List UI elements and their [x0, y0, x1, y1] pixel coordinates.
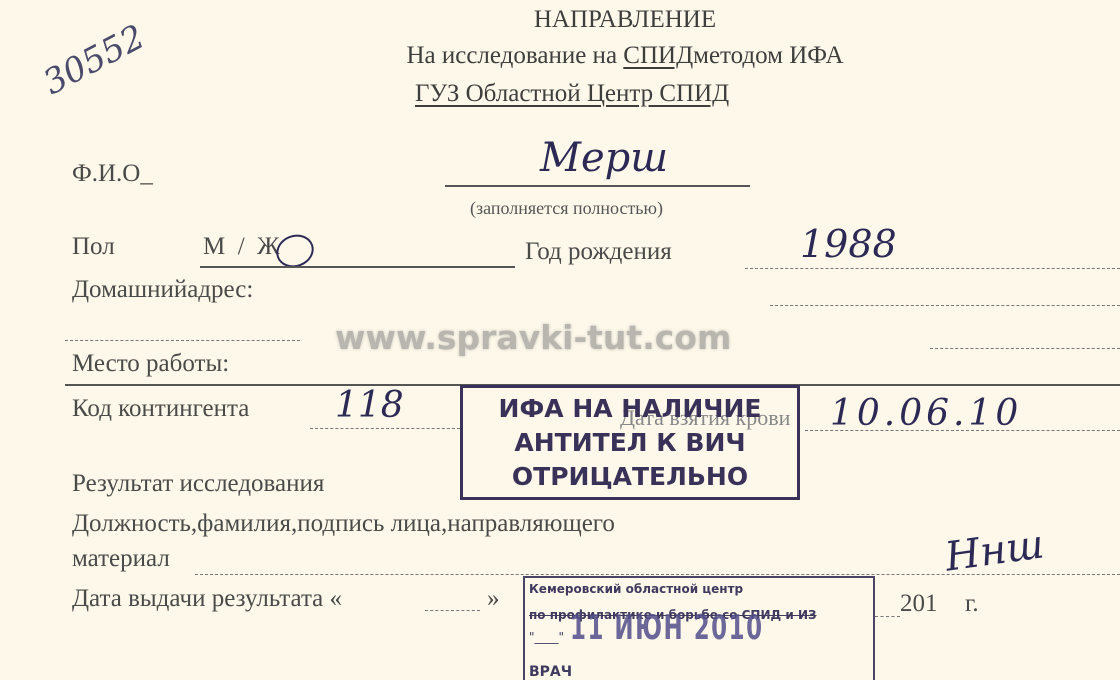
year-suffix: г. — [965, 590, 979, 618]
result-label: Результат исследования — [72, 470, 324, 498]
center-stamp-line-1: Кемеровский областной центр — [529, 582, 743, 596]
fio-hint: (заполняется полностью) — [470, 198, 663, 219]
fio-value[interactable]: Мерш — [540, 135, 668, 181]
result-stamp-line-1: ИФА НА НАЛИЧИЕ — [463, 392, 797, 426]
subtitle-suffix: методом ИФА — [693, 42, 843, 69]
referrer-signature[interactable]: Ннш — [942, 521, 1047, 580]
address-line-3 — [930, 348, 1120, 349]
fio-line — [445, 185, 750, 187]
result-stamp-line-3: ОТРИЦАТЕЛЬНО — [463, 460, 797, 494]
fio-label: Ф.И.О_ — [72, 160, 153, 188]
result-stamp-line-2: АНТИТЕЛ К ВИЧ — [463, 426, 797, 460]
document-title: НАПРАВЛЕНИЕ — [300, 6, 950, 34]
birth-year-value[interactable]: 1988 — [800, 222, 897, 266]
subtitle-underlined: СПИД — [623, 42, 693, 69]
issue-year-line — [875, 616, 900, 617]
address-line-2 — [65, 340, 300, 341]
sex-line — [200, 266, 515, 268]
organization-name: ГУЗ Областной Центр СПИД — [415, 80, 729, 108]
issue-date-close: » — [487, 585, 500, 613]
issue-day-line — [425, 610, 480, 611]
date-stamp: 11 ИЮН 2010 — [570, 608, 764, 648]
document-subtitle: На исследование на СПИДметодом ИФА — [300, 42, 950, 70]
sex-options[interactable]: М / Ж — [203, 233, 280, 261]
address-label: Домашнийадрес: — [72, 276, 253, 304]
blood-date-value[interactable]: 10.06.10 — [830, 393, 1022, 434]
birth-year-line — [745, 268, 1120, 269]
watermark: www.spravki-tut.com — [335, 318, 731, 357]
sex-label: Пол — [72, 233, 115, 261]
blood-date-line — [805, 430, 1120, 431]
subtitle-prefix: На исследование на — [406, 42, 623, 69]
center-stamp-line-4: ВРАЧ — [529, 664, 572, 680]
contingent-line — [310, 428, 460, 429]
center-stamp-line-3: "____" — [529, 630, 564, 644]
result-stamp: ИФА НА НАЛИЧИЕ АНТИТЕЛ К ВИЧ ОТРИЦАТЕЛЬН… — [460, 385, 800, 500]
work-label: Место работы: — [72, 350, 229, 378]
referrer-label-line-2: материал — [72, 545, 170, 573]
issue-date-label: Дата выдачи результата « — [72, 585, 342, 613]
handwritten-number: 30552 — [37, 17, 151, 103]
birth-year-label: Год рождения — [525, 238, 672, 266]
address-line-1 — [770, 305, 1120, 306]
year-prefix: 201 — [900, 590, 938, 618]
contingent-value[interactable]: 118 — [335, 385, 404, 426]
contingent-label: Код контингента — [72, 395, 249, 423]
referrer-label-line-1: Должность,фамилия,подпись лица,направляю… — [72, 510, 615, 538]
